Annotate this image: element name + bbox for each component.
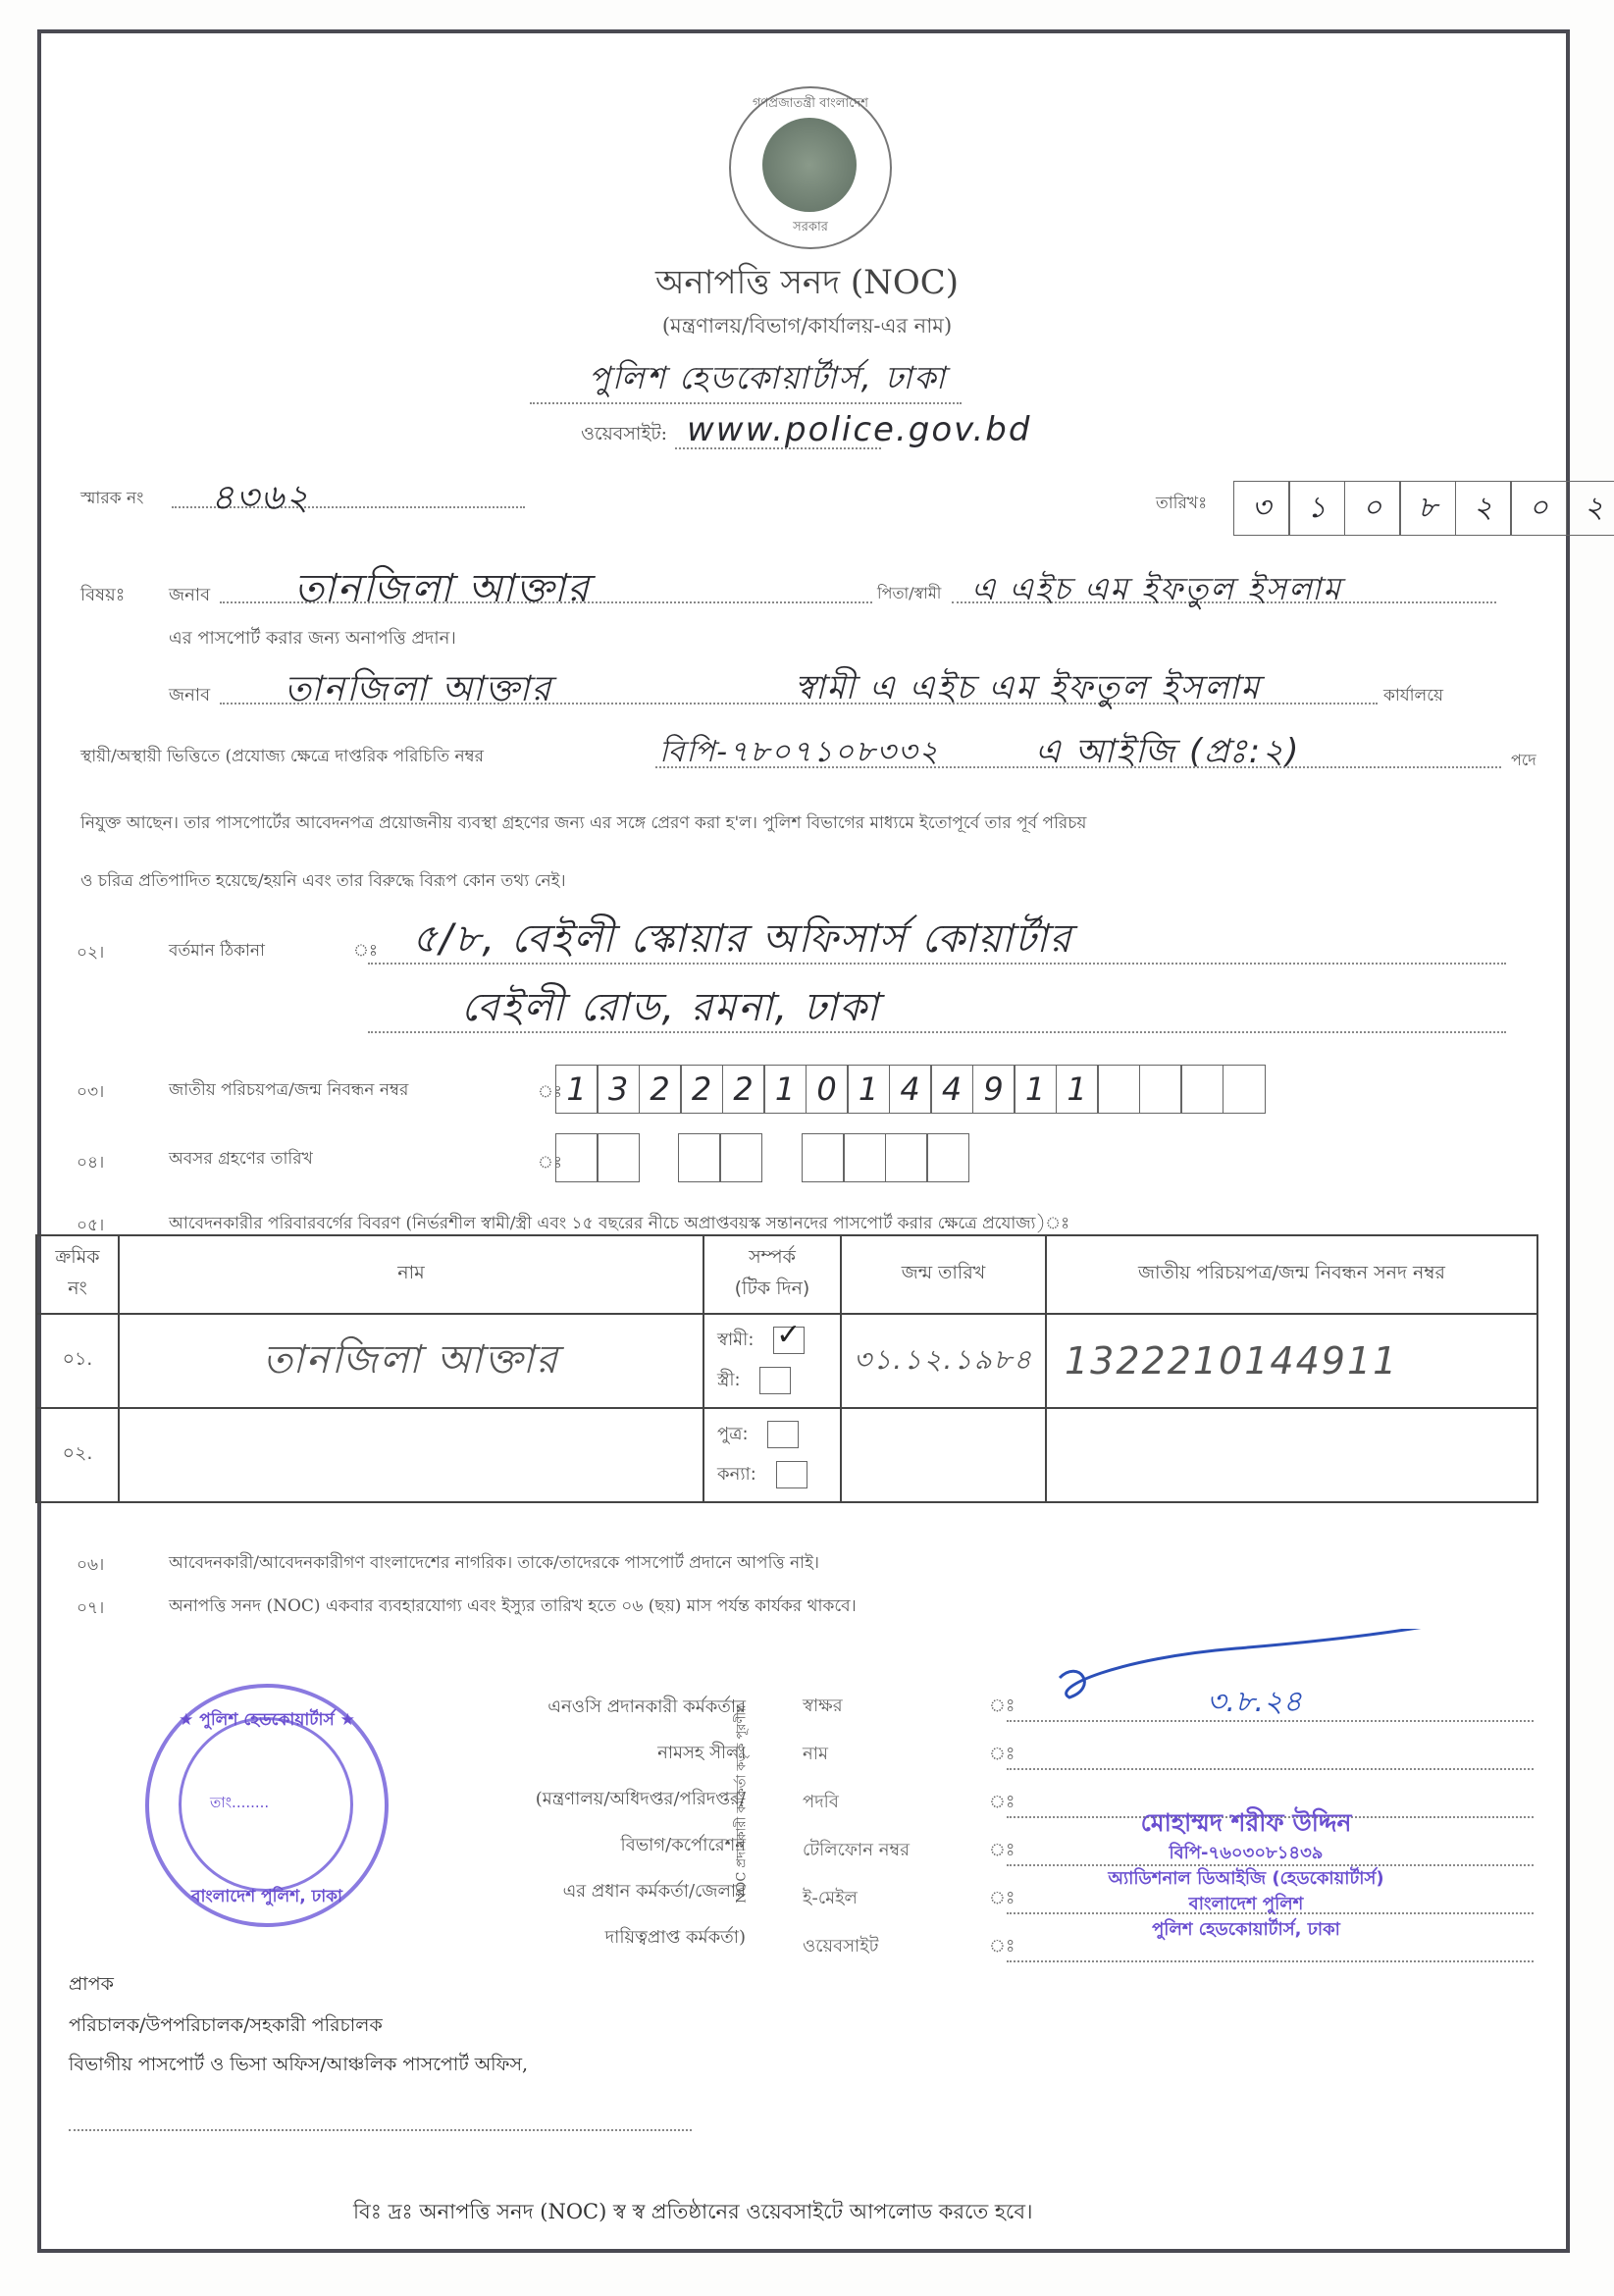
retirement-day-box <box>597 1133 640 1182</box>
officer-field-row: নামঃ <box>803 1722 1534 1770</box>
officer-field-colon: ঃ <box>989 1836 1007 1866</box>
header-name: নাম <box>119 1235 703 1314</box>
website-label: ওয়েবসাইট: <box>581 420 667 451</box>
relation-checkbox-husband[interactable] <box>773 1327 805 1354</box>
row-name: তানজিলা আক্তার <box>119 1314 703 1408</box>
seal-top-text: ★ পুলিশ হেডকোয়ার্টার্স ★ <box>149 1707 385 1735</box>
subject-name-value: তানজিলা আক্তার <box>294 557 591 623</box>
date-digit-box: ২ <box>1455 481 1512 536</box>
officer-field-value <box>1007 1748 1534 1770</box>
memo-value: ৪৩৬২ <box>211 471 311 530</box>
officer-description-line: (মন্ত্রণালয়/অধিদপ্তর/পরিদপ্তর/ <box>432 1776 746 1822</box>
row-dob: ৩১.১২.১৯৮৪ <box>841 1314 1046 1408</box>
nid-boxes: 1322210144911 <box>556 1065 1266 1114</box>
table-row: ০২. পুত্র: কন্যা: <box>36 1408 1537 1502</box>
nid-digit-box: 4 <box>930 1065 973 1114</box>
government-emblem: গণপ্রজাতন্ত্রী বাংলাদেশ সরকার <box>729 86 892 249</box>
date-digit-box: ৮ <box>1399 481 1456 536</box>
officer-description-line: দায়িত্বপ্রাপ্ত কর্মকর্তা) <box>432 1914 746 1960</box>
relation-checkbox-wife[interactable] <box>759 1367 791 1394</box>
relation-checkbox-son[interactable] <box>767 1421 799 1448</box>
memo-label: স্মারক নং <box>80 486 143 513</box>
row-serial: ০২. <box>36 1408 119 1502</box>
date-digit-box: ০ <box>1510 481 1567 536</box>
row-relation: স্বামী: স্ত্রী: <box>703 1314 841 1408</box>
date-digit-box: ১ <box>1288 481 1345 536</box>
retirement-year-boxes <box>803 1133 969 1182</box>
officer-name-stamp: মোহাম্মদ শরীফ উদ্দিনবিপি-৭৬০৩০৮১৪৩৯অ্যাড… <box>1040 1805 1452 1943</box>
retirement-day-boxes <box>556 1133 640 1182</box>
father-husband-label: পিতা/স্বামী <box>877 581 941 607</box>
officer-field-label: টেলিফোন নম্বর <box>803 1836 989 1866</box>
nid-digit-box: 1 <box>763 1065 807 1114</box>
address-line1-value: ৫/৮, বেইলী স্কোয়ার অফিসার্স কোয়ার্টার <box>412 908 1072 973</box>
officer-description-line: এনওসি প্রদানকারী কর্মকর্তার <box>432 1684 746 1730</box>
officer-field-colon: ঃ <box>989 1884 1007 1914</box>
officer-field-label: পদবি <box>803 1788 989 1818</box>
emblem-text-bottom: সরকার <box>731 218 890 238</box>
date-label: তারিখঃ <box>1156 491 1207 518</box>
header-nid: জাতীয় পরিচয়পত্র/জন্ম নিবন্ধন সনদ নম্বর <box>1046 1235 1537 1314</box>
officer-field-label: ওয়েবসাইট <box>803 1932 989 1962</box>
retirement-year-box <box>926 1133 969 1182</box>
officer-description-line: এর প্রধান কর্মকর্তা/জেলার <box>432 1868 746 1914</box>
post-value: এ আইজি (প্রঃ:২) <box>1035 726 1301 782</box>
row-dob <box>841 1408 1046 1502</box>
nid-digit-box: 1 <box>1056 1065 1099 1114</box>
officer-field-label: নাম <box>803 1740 989 1770</box>
relation-label-son: পুত্র: <box>717 1424 749 1444</box>
document-title: অনাপত্তি সনদ (NOC) <box>491 257 1123 313</box>
retirement-year-box <box>802 1133 845 1182</box>
office-name-value: পুলিশ হেডকোয়ার্টার্স, ঢাকা <box>589 353 947 406</box>
retirement-day-box <box>555 1133 599 1182</box>
recipient-line2: বিভাগীয় পাসপোর্ট ও ভিসা অফিস/আঞ্চলিক পা… <box>69 2051 528 2082</box>
item-06-num: ০৬। <box>77 1552 104 1580</box>
footer-note: বিঃ দ্রঃ অনাপত্তি সনদ (NOC) স্ব স্ব প্রত… <box>353 2196 1033 2230</box>
relation-checkbox-daughter[interactable] <box>776 1461 807 1488</box>
relation-label-daughter: কন্যা: <box>717 1464 756 1485</box>
note-07-text: অনাপত্তি সনদ (NOC) একবার ব্যবহারযোগ্য এব… <box>169 1593 857 1621</box>
note-06-text: আবেদনকারী/আবেদনকারীগণ বাংলাদেশের নাগরিক।… <box>169 1550 819 1578</box>
vertical-label: NOC প্রদানকারী কর্মকর্তা কর্তৃক পূরণীয় <box>733 1662 754 1947</box>
relation-label-husband: স্বামী: <box>717 1330 754 1350</box>
nid-digit-box <box>1097 1065 1140 1114</box>
nid-digit-box: 1 <box>847 1065 890 1114</box>
nid-digit-box: 1 <box>555 1065 599 1114</box>
retirement-year-box <box>843 1133 886 1182</box>
stamp-line: পুলিশ হেডকোয়ার্টার্স, ঢাকা <box>1040 1917 1452 1943</box>
item-07-num: ০৭। <box>77 1595 104 1623</box>
header-serial: ক্রমিক নং <box>36 1235 119 1314</box>
officer-description-line: বিভাগ/কর্পোরেশন <box>432 1822 746 1868</box>
officer-field-label: ই-মেইল <box>803 1884 989 1914</box>
basis-text: স্থায়ী/অস্থায়ী ভিত্তিতে (প্রযোজ্য ক্ষে… <box>80 744 484 771</box>
seal-center-text: তাং........ <box>210 1792 269 1816</box>
officer-field-colon: ঃ <box>989 1932 1007 1962</box>
emblem-map-icon <box>762 118 857 212</box>
website-value: www.police.gov.bd <box>687 410 1031 449</box>
retirement-month-box <box>678 1133 721 1182</box>
recipient-line1: পরিচালক/উপপরিচালক/সহকারী পরিচালক <box>69 2011 383 2043</box>
office-suffix: কার্যালয়ে <box>1383 683 1443 710</box>
nid-digit-box <box>1180 1065 1224 1114</box>
nid-digit-box: 0 <box>806 1065 849 1114</box>
emblem-text-top: গণপ্রজাতন্ত্রী বাংলাদেশ <box>731 94 890 115</box>
stamp-line: বাংলাদেশ পুলিশ <box>1040 1892 1452 1917</box>
subject-label: বিষয়ঃ <box>80 581 125 611</box>
relation-label-wife: স্ত্রী: <box>717 1370 741 1390</box>
nid-digit-box: 2 <box>680 1065 723 1114</box>
nid-digit-box: 1 <box>1014 1065 1057 1114</box>
id-value: বিপি-৭৮০৭১০৮৩৩২ <box>659 728 940 778</box>
nid-digit-box: 4 <box>889 1065 932 1114</box>
stamp-line: অ্যাডিশনাল ডিআইজি (হেডকোয়ার্টার্স) <box>1040 1866 1452 1892</box>
row-serial: ০১. <box>36 1314 119 1408</box>
retirement-month-box <box>719 1133 762 1182</box>
date-digit-box: ০ <box>1344 481 1401 536</box>
retirement-label: অবসর গ্রহণের তারিখ <box>169 1146 313 1174</box>
item-04-num: ০৪। <box>77 1150 104 1177</box>
signature-date: ৩.৮.২৪ <box>1207 1678 1302 1728</box>
body-paragraph-line1: নিযুক্ত আছেন। তার পাসপোর্টের আবেদনপত্র প… <box>80 810 1086 838</box>
stamp-line: বিপি-৭৬০৩০৮১৪৩৯ <box>1040 1841 1452 1866</box>
officer-field-colon: ঃ <box>989 1788 1007 1818</box>
header-relation-line2: (টিক দিন) <box>705 1275 839 1306</box>
date-boxes: ৩১০৮২০২৪ <box>1234 481 1614 536</box>
officer-description: এনওসি প্রদানকারী কর্মকর্তারনামসহ সীল।(মন… <box>432 1684 746 1960</box>
header-relation-line1: সম্পর্ক <box>705 1243 839 1275</box>
recipient-line3-field <box>69 2110 692 2131</box>
police-hq-seal: ★ পুলিশ হেডকোয়ার্টার্স ★ তাং........ বা… <box>145 1684 389 1927</box>
family-table: ক্রমিক নং নাম সম্পর্ক (টিক দিন) জন্ম তার… <box>35 1234 1538 1503</box>
nid-digit-box <box>1139 1065 1182 1114</box>
date-digit-box: ২ <box>1566 481 1614 536</box>
row-relation: পুত্র: কন্যা: <box>703 1408 841 1502</box>
header-serial-line2: নং <box>38 1275 117 1306</box>
body-janab: জনাব <box>169 681 210 711</box>
subject-janab: জনাব <box>169 581 210 611</box>
nid-label: জাতীয় পরিচয়পত্র/জন্ম নিবন্ধন নম্বর <box>169 1077 408 1105</box>
row-name <box>119 1408 703 1502</box>
header-relation: সম্পর্ক (টিক দিন) <box>703 1235 841 1314</box>
father-husband-value: এ এইচ এম ইফতুল ইসলাম <box>971 564 1342 617</box>
body-spouse-value: স্বামী এ এইচ এম ইফতুল ইসলাম <box>795 662 1261 718</box>
post-suffix: পদে <box>1511 748 1536 774</box>
stamp-line: মোহাম্মদ শরীফ উদ্দিন <box>1040 1805 1452 1841</box>
retirement-month-boxes <box>679 1133 762 1182</box>
item-02-num: ০২। <box>77 940 104 967</box>
nid-digit-box: 2 <box>639 1065 682 1114</box>
nid-digit-box <box>1223 1065 1266 1114</box>
subject-tail: এর পাসপোর্ট করার জন্য অনাপত্তি প্রদান। <box>169 624 456 654</box>
address-line2-value: বেইলী রোড, রমনা, ঢাকা <box>461 976 880 1042</box>
body-name-value: তানজিলা আক্তার <box>285 662 552 721</box>
recipient-label: প্রাপক <box>69 1970 114 2002</box>
row-nid <box>1046 1408 1537 1502</box>
item-03-num: ০৩। <box>77 1079 104 1107</box>
document-subtitle: (মন্ত্রণালয়/বিভাগ/কার্যালয়-এর নাম) <box>491 310 1123 344</box>
officer-description-line: নামসহ সীল। <box>432 1730 746 1776</box>
row-nid: 1322210144911 <box>1046 1314 1537 1408</box>
retirement-year-box <box>885 1133 928 1182</box>
header-serial-line1: ক্রমিক <box>38 1243 117 1275</box>
date-digit-box: ৩ <box>1233 481 1290 536</box>
officer-field-colon: ঃ <box>989 1692 1007 1722</box>
nid-digit-box: 3 <box>597 1065 640 1114</box>
officer-field-label: স্বাক্ষর <box>803 1692 989 1722</box>
officer-field-value <box>1007 1941 1534 1962</box>
table-row: ০১. তানজিলা আক্তার স্বামী: স্ত্রী: ৩১.১২… <box>36 1314 1537 1408</box>
body-paragraph-line2: ও চরিত্র প্রতিপাদিত হয়েছে/হয়নি এবং তার… <box>80 868 566 896</box>
nid-digit-box: 2 <box>722 1065 765 1114</box>
family-table-header: ক্রমিক নং নাম সম্পর্ক (টিক দিন) জন্ম তার… <box>36 1235 1537 1314</box>
address-label: বর্তমান ঠিকানা <box>169 938 265 965</box>
officer-field-colon: ঃ <box>989 1740 1007 1770</box>
header-dob: জন্ম তারিখ <box>841 1235 1046 1314</box>
nid-digit-box: 9 <box>972 1065 1015 1114</box>
seal-bottom-text: বাংলাদেশ পুলিশ, ঢাকা <box>149 1884 385 1911</box>
